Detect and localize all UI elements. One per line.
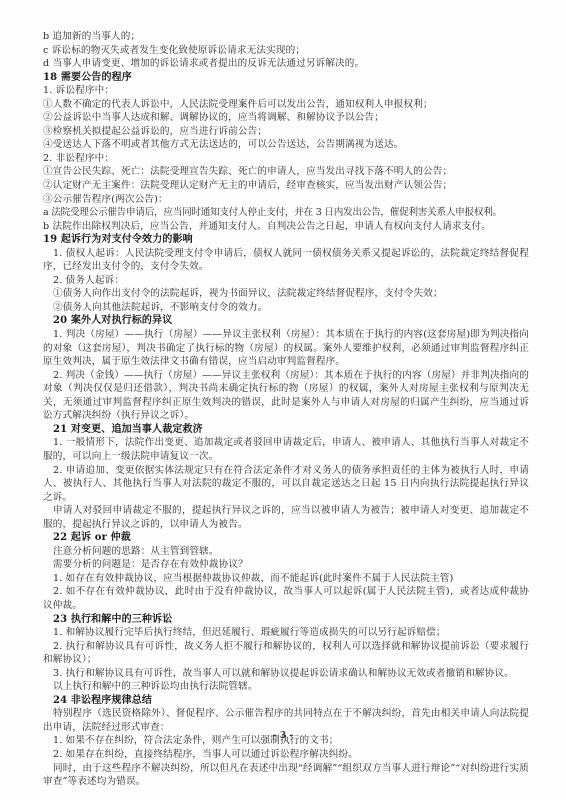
list-item: 3. 执行和解协议具有可诉性，故当事人可以就和解协议提起诉讼请求确认和解协议无效… [43,667,529,681]
list-item: ②认定财产无主案件：法院受理认定财产无主的申请后，经审查核实，应当发出财产认领公… [43,179,529,193]
list-item: ①债务人向作出支付令的法院起诉，视为书面异议，法院裁定终结督促程序，支付令失效； [43,287,529,301]
text-line: b 追加新的当事人的； [43,30,529,44]
list-item: b 法院作出除权判决后，应当公告，并通知支付人。自判决公告之日起，申请人有权向支… [43,220,529,234]
document-page: b 追加新的当事人的； c 诉讼标的物灭失或者发生变化致使原诉讼请求无法实现的；… [0,0,566,800]
paragraph: 2. 判决（金钱）——执行（房屋）——异议主张权利（房屋）：其本质在于执行的内容… [43,369,529,423]
list-item: ①宣告公民失踪、死亡：法院受理宣告失踪、死亡的申请人，应当发出寻找下落不明人的公… [43,165,529,179]
text-line: 2. 债务人起诉： [43,274,529,288]
text-line: 以上执行和解中的三种诉讼均由执行法院管辖。 [43,680,529,694]
list-item: ④受送达人下落不明或者其他方式无法送达的，可以公告送达，公告期满视为送达。 [43,138,529,152]
list-item: ②公益诉讼中当事人达成和解、调解协议的，应当将调解、和解协议予以公告； [43,111,529,125]
section-heading-22: 22 起诉 or 仲裁 [43,531,529,545]
list-item: ③公示催告程序(两次公告)： [43,193,529,207]
section-heading-19: 19 起诉行为对支付令效力的影响 [43,233,529,247]
list-item: 1. 如存在有效仲裁协议，应当根据仲裁协议仲裁，而不能起诉(此时案件不属于人民法… [43,572,529,586]
text-line: 注意分析问题的思路：从主管到管辖。 [43,545,529,559]
paragraph: 申请人对驳回申请裁定不服的，提起执行异议之诉的，应当以被申请人为被告；被申请人对… [43,504,529,531]
text-line: 1. 诉讼程序中： [43,84,529,98]
list-item: ②债务人向其他法院起诉，不影响支付令的效力。 [43,301,529,315]
text-line: 2. 非讼程序中： [43,152,529,166]
text-line: c 诉讼标的物灭失或者发生变化致使原诉讼请求无法实现的； [43,44,529,58]
page-content: b 追加新的当事人的； c 诉讼标的物灭失或者发生变化致使原诉讼请求无法实现的；… [43,30,529,789]
text-line: d 当事人申请变更、增加的诉讼请求或者提出的反诉无法通过另诉解决的。 [43,57,529,71]
paragraph: 1. 一般情形下，法院作出变更、追加裁定或者驳回申请裁定后，申请人、被申请人、其… [43,436,529,463]
list-item: 2. 如果存在纠纷，直接终结程序，当事人可以通过诉讼程序解决纠纷。 [43,748,529,762]
paragraph: 1. 判决（房屋）——执行（房屋）——异议主张权利（房屋）：其本质在于执行的内容… [43,328,529,369]
section-heading-20: 20 案外人对执行标的异议 [43,314,529,328]
paragraph: 1. 债权人起诉：人民法院受理支付令申请后，债权人就同一债权债务关系又提起诉讼的… [43,247,529,274]
list-item: 1. 和解协议履行完毕后执行终结，但迟延履行、瑕疵履行等造成损失的可以另行起诉赔… [43,626,529,640]
paragraph: 2. 执行和解协议具有可诉性，故义务人拒不履行和解协议的，权利人可以选择就和解协… [43,640,529,667]
text-line: 需要分析的问题是：是否存在有效仲裁协议？ [43,558,529,572]
list-item: ③检察机关拟提起公益诉讼的，应当进行诉前公告； [43,125,529,139]
paragraph: 同时，由于这些程序不解决纠纷，所以但凡在表述中出现“经调解”“组织双方当事人进行… [43,762,529,789]
section-heading-24: 24 非讼程序规律总结 [43,694,529,708]
section-heading-21: 21 对变更、追加当事人裁定救济 [43,423,529,437]
list-item: ①人数不确定的代表人诉讼中，人民法院受理案件后可以发出公告，通知权利人申报权利； [43,98,529,112]
section-heading-23: 23 执行和解中的三种诉讼 [43,613,529,627]
paragraph: 2. 如不存在有效仲裁协议，此时由于没有仲裁协议，故当事人可以起诉(属于人民法院… [43,585,529,612]
list-item: a 法院受理公示催告申请后，应当同时通知支付人停止支付，并在 3 日内发出公告，… [43,206,529,220]
page-number: - 3 - [0,731,566,741]
paragraph: 2. 申请追加、变更依据实体法规定只有在符合法定条件才对义务人的债务承担责任的主… [43,464,529,505]
section-heading-18: 18 需要公告的程序 [43,71,529,85]
